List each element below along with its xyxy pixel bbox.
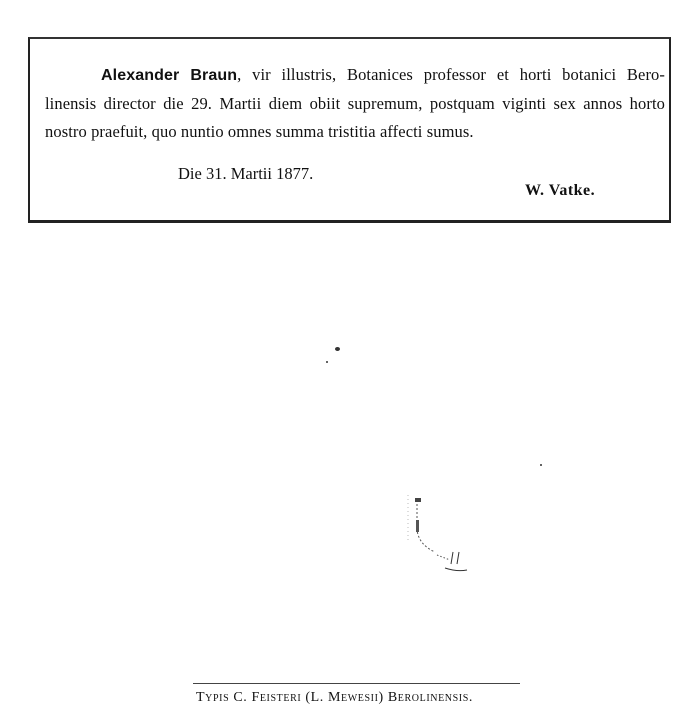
paragraph-line-1: Alexander Braun, vir illustris, Botanice…: [45, 61, 665, 90]
footer-rule: [193, 683, 520, 684]
scan-speck: [540, 464, 542, 466]
obituary-notice-box: Alexander Braun, vir illustris, Botanice…: [28, 37, 671, 223]
deceased-name: Alexander Braun: [101, 67, 237, 84]
scan-artifact: [405, 490, 475, 575]
scan-speck: [335, 347, 340, 351]
signature: W. Vatke.: [525, 182, 595, 200]
notice-date: Die 31. Martii 1877.: [178, 164, 313, 184]
scan-speck: [326, 361, 328, 363]
printer-imprint: Typis C. Feisteri (L. Mewesii) Berolinen…: [196, 690, 473, 706]
paragraph-line-3: nostro praefuit, quo nuntio omnes summa …: [45, 118, 665, 146]
page: { "notice": { "name": "Alexander Braun",…: [0, 0, 700, 724]
obituary-paragraph: Alexander Braun, vir illustris, Botanice…: [45, 61, 665, 146]
paragraph-line-2: linensis director die 29. Martii diem ob…: [45, 90, 665, 118]
